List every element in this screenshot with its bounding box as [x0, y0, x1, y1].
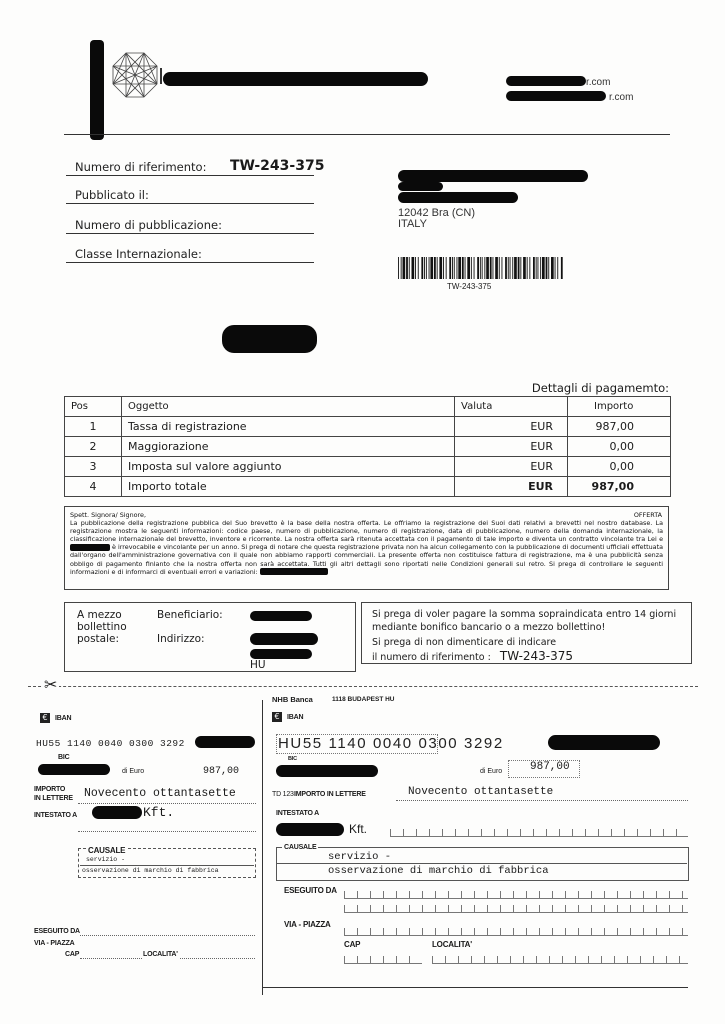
field-rule: [78, 803, 256, 804]
payee-label: INTESTATO A: [34, 812, 77, 819]
row-item: Maggiorazione: [122, 437, 455, 457]
website-2: r.com: [609, 92, 633, 103]
street-label: VIA - PIAZZA: [34, 940, 75, 947]
field-rule: [78, 831, 256, 832]
payee-suffix: Kft.: [349, 822, 367, 836]
euro-label: di Euro: [480, 768, 502, 775]
redacted-addressee: [222, 325, 317, 353]
table-row: 3 Imposta sul valore aggiunto EUR 0,00: [65, 457, 671, 477]
executed-by-field[interactable]: [80, 935, 255, 936]
offer-title: OFFERTA: [634, 511, 662, 519]
payee-suffix: Kft.: [143, 805, 174, 820]
column-header: Pos: [65, 397, 122, 417]
zip-label: CAP: [344, 940, 360, 949]
published-label: Pubblicato il:: [75, 188, 149, 202]
reference-number-value: TW-243-375: [230, 158, 324, 174]
row-pos: 4: [65, 477, 122, 497]
table-header: Pos Oggetto Valuta Importo: [65, 397, 671, 417]
row-pos: 1: [65, 417, 122, 437]
field-rule: [66, 233, 314, 234]
payee-field[interactable]: [390, 829, 688, 837]
reason-line-1: servizio -: [328, 851, 391, 863]
bank-address: 1118 BUDAPEST HU: [332, 696, 395, 703]
amount-words: Novecento ottantasette: [408, 786, 553, 798]
international-class-label: Classe Internazionale:: [75, 247, 202, 261]
column-header: Oggetto: [122, 397, 455, 417]
redacted-iban-end: [548, 735, 660, 750]
redacted-bic: [276, 765, 378, 777]
redacted-iban-end: [195, 736, 255, 748]
amount-value: 987,00: [203, 766, 239, 777]
field-rule: [66, 262, 314, 263]
payment-method-2: bollettino: [77, 622, 127, 633]
payment-method-3: postale:: [77, 634, 119, 645]
column-header: Valuta: [455, 397, 568, 417]
reason-divider: [276, 863, 687, 864]
executed-by-field-2[interactable]: [344, 905, 688, 913]
row-currency: EUR: [455, 417, 568, 437]
slip-divider: [262, 700, 263, 995]
redacted-beneficiary: [250, 611, 312, 621]
redacted-bic: [38, 764, 110, 775]
reason-line-1: servizio -: [86, 856, 125, 863]
euro-label: di Euro: [122, 768, 144, 775]
header-rule: [64, 134, 670, 135]
row-currency: EUR: [455, 437, 568, 457]
cut-line: [28, 686, 698, 687]
row-pos: 3: [65, 457, 122, 477]
euro-icon: €: [40, 713, 50, 723]
city-field[interactable]: [432, 956, 688, 964]
amount-words-label-1: IMPORTO: [34, 786, 65, 793]
field-rule: [66, 175, 314, 176]
offer-body-1: La pubblicazione della registrazione pub…: [70, 519, 663, 543]
city-label: LOCALITA': [432, 940, 472, 949]
offer-body-2: è irrevocabile e vincolante per un anno.…: [70, 543, 663, 575]
row-item: Imposta sul valore aggiunto: [122, 457, 455, 477]
zip-label: CAP: [65, 951, 79, 958]
executed-by-field-1[interactable]: [344, 891, 688, 899]
iban-value: HU55 1140 0040 0300 3292: [278, 735, 504, 752]
address-label: Indirizzo:: [157, 634, 205, 645]
instructions-ref-label: il numero di riferimento :: [372, 652, 491, 663]
redacted-website: [506, 76, 586, 86]
website-1: r.com: [586, 77, 610, 88]
recipient-country: ITALY: [398, 219, 427, 230]
redacted-address: [250, 649, 312, 659]
row-amount: 987,00: [568, 477, 671, 497]
row-item: Tassa di registrazione: [122, 417, 455, 437]
table-row-total: 4 Importo totale EUR 987,00: [65, 477, 671, 497]
payment-table: Pos Oggetto Valuta Importo 1 Tassa di re…: [64, 396, 671, 497]
payment-method-1: A mezzo: [77, 610, 122, 621]
redacted-website: [506, 91, 606, 101]
amount-words: Novecento ottantasette: [84, 787, 236, 800]
reference-number-label: Numero di riferimento:: [75, 160, 206, 174]
offer-greeting: Spett. Signora/ Signore,: [70, 511, 663, 519]
logo-divider: [160, 68, 162, 84]
amount-words-label-2: IN LETTERE: [34, 795, 73, 802]
instructions-ref-value: TW-243-375: [500, 649, 573, 663]
zip-field[interactable]: [344, 956, 422, 964]
payment-details-title: Dettagli di pagamemto:: [532, 381, 669, 395]
field-rule: [396, 800, 688, 801]
instructions-line-2: mediante bonifico bancario o a mezzo bol…: [372, 622, 681, 635]
scissors-icon: ✂: [42, 677, 59, 693]
euro-icon: €: [272, 712, 282, 722]
iban-value: HU55 1140 0040 0300 3292: [36, 738, 185, 749]
field-rule: [66, 203, 314, 204]
bic-label: BIC: [58, 754, 69, 761]
zip-field[interactable]: [80, 958, 142, 959]
form-code: TD 123: [272, 791, 294, 798]
barcode-icon: [398, 257, 563, 279]
instructions-line-1: Si prega di voler pagare la somma soprai…: [372, 609, 681, 622]
barcode-label: TW-243-375: [447, 282, 491, 291]
amount-words-label: IMPORTO IN LETTERE: [294, 791, 366, 798]
publication-number-label: Numero di pubblicazione:: [75, 218, 222, 232]
instructions-line-3: Si prega di non dimenticare di indicare: [372, 637, 681, 650]
slip-bottom-rule: [262, 987, 688, 988]
redacted-recipient-street: [398, 192, 518, 203]
table-row: 1 Tassa di registrazione EUR 987,00: [65, 417, 671, 437]
redacted-payee: [276, 823, 344, 836]
row-currency: EUR: [455, 477, 568, 497]
street-label: VIA - PIAZZA: [284, 920, 331, 929]
redacted-payee: [92, 806, 142, 819]
column-header: Importo: [568, 397, 671, 417]
redacted-contact: [260, 568, 328, 575]
reason-line-2: osservazione di marchio di fabbrica: [328, 865, 549, 877]
octagon-network-logo-icon: [112, 52, 158, 98]
city-label: LOCALITA': [143, 951, 178, 958]
amount-value: 987,00: [530, 761, 570, 773]
offer-box: OFFERTA Spett. Signora/ Signore, La pubb…: [64, 506, 669, 590]
payee-country: HU: [250, 660, 266, 671]
executed-by-label: ESEGUITO DA: [284, 886, 337, 895]
reason-line-2: osservazione di marchio di fabbrica: [82, 867, 219, 874]
reason-label: CAUSALE: [282, 844, 318, 851]
redacted-recipient-name: [398, 170, 588, 182]
payee-label: INTESTATO A: [276, 810, 319, 817]
redacted-address: [250, 633, 318, 645]
offer-text: La pubblicazione della registrazione pub…: [70, 519, 663, 576]
bic-label: BIC: [288, 756, 297, 762]
iban-label: IBAN: [55, 715, 71, 722]
redacted-company-name: [163, 72, 428, 86]
row-amount: 987,00: [568, 417, 671, 437]
bank-name: NHB Banca: [272, 695, 313, 704]
row-amount: 0,00: [568, 457, 671, 477]
iban-label: IBAN: [287, 714, 303, 721]
reason-label: CAUSALE: [86, 846, 127, 855]
instructions-line-4: il numero di riferimento : TW-243-375: [372, 650, 681, 665]
row-item: Importo totale: [122, 477, 455, 497]
executed-by-label: ESEGUITO DA: [34, 928, 80, 935]
redacted-recipient-line: [398, 182, 443, 191]
street-field[interactable]: [344, 928, 688, 936]
beneficiary-label: Beneficiario:: [157, 610, 223, 621]
instructions-box: Si prega di voler pagare la somma soprai…: [361, 602, 692, 664]
city-field[interactable]: [180, 958, 255, 959]
redacted-mark: [90, 40, 104, 140]
row-currency: EUR: [455, 457, 568, 477]
row-pos: 2: [65, 437, 122, 457]
payee-box: A mezzo bollettino postale: Beneficiario…: [64, 602, 356, 672]
redacted-company: [70, 544, 110, 551]
table-row: 2 Maggiorazione EUR 0,00: [65, 437, 671, 457]
reason-divider: [80, 865, 254, 866]
row-amount: 0,00: [568, 437, 671, 457]
